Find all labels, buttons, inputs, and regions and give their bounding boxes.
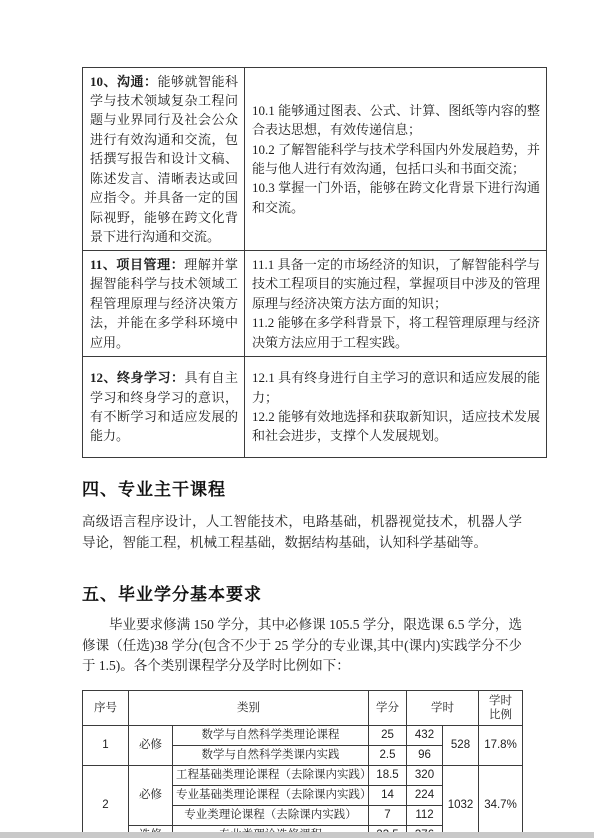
header-hours: 学时 <box>407 690 479 725</box>
main-courses-text: 高级语言程序设计，人工智能技术，电路基础，机器视觉技术，机器人学导论，智能工程，… <box>82 512 522 553</box>
header-hours-ratio-line2: 比例 <box>482 708 519 722</box>
outcome-indicator: 12.2 能够有效地选择和获取新知识，适应技术发展和社会进步，支撑个人发展规划。 <box>252 407 540 446</box>
course-category-name: 专业类理论课程（去除课内实践） <box>173 805 369 825</box>
course-credits: 14 <box>369 785 407 805</box>
outcome-indicator: 11.2 能够在多学科背景下，将工程管理原理与经济决策方法应用于工程实践。 <box>252 313 540 352</box>
header-category: 类别 <box>129 690 369 725</box>
group1-type: 必修 <box>129 725 173 765</box>
course-credits: 2.5 <box>369 745 407 765</box>
page-bottom-edge <box>0 832 594 838</box>
credits-header-row: 序号 类别 学分 学时 学时 比例 <box>83 690 523 725</box>
course-credits: 18.5 <box>369 765 407 785</box>
header-credits: 学分 <box>369 690 407 725</box>
section-heading-credit-requirements: 五、毕业学分基本要求 <box>82 580 522 605</box>
course-credits: 7 <box>369 805 407 825</box>
section-heading-main-courses: 四、专业主干课程 <box>82 475 522 500</box>
outcome-row-11: 11、项目管理：理解并掌握智能科学与技术领域工程管理原理与经济决策方法，并能在多… <box>83 251 547 357</box>
course-category-name: 数学与自然科学类课内实践 <box>173 745 369 765</box>
header-hours-ratio-line1: 学时 <box>482 694 519 708</box>
outcome-row-12: 12、终身学习：具有自主学习和终身学习的意识，有不断学习和适应发展的能力。 12… <box>83 357 547 458</box>
course-category-name: 数学与自然科学类理论课程 <box>173 725 369 745</box>
group2-no: 2 <box>83 765 129 838</box>
header-no: 序号 <box>83 690 129 725</box>
outcome-10-description-cell: 10、沟通：能够就智能科学与技术领域复杂工程问题与业界同行及社会公众进行有效沟通… <box>83 68 245 251</box>
document-page: { "outcomes_table": { "rows": [ { "label… <box>0 0 594 838</box>
credits-row: 1 必修 数学与自然科学类理论课程 25 432 528 17.8% <box>83 725 523 745</box>
course-hours: 432 <box>407 725 443 745</box>
outcome-row-10: 10、沟通：能够就智能科学与技术领域复杂工程问题与业界同行及社会公众进行有效沟通… <box>83 68 547 251</box>
credits-row: 2 必修 工程基础类理论课程（去除课内实践） 18.5 320 1032 34.… <box>83 765 523 785</box>
group2-type-required: 必修 <box>129 765 173 825</box>
course-credits: 25 <box>369 725 407 745</box>
outcome-12-description-cell: 12、终身学习：具有自主学习和终身学习的意识，有不断学习和适应发展的能力。 <box>83 357 245 458</box>
outcome-12-label: 12、终身学习： <box>90 370 184 385</box>
group2-hours-ratio: 34.7% <box>479 765 523 838</box>
course-category-name: 专业基础类理论课程（去除课内实践） <box>173 785 369 805</box>
outcome-10-indicators-cell: 10.1 能够通过图表、公式、计算、图纸等内容的整合表达思想，有效传递信息； 1… <box>245 68 547 251</box>
course-hours: 320 <box>407 765 443 785</box>
outcome-10-label: 10、沟通： <box>90 74 158 89</box>
outcome-11-description-cell: 11、项目管理：理解并掌握智能科学与技术领域工程管理原理与经济决策方法，并能在多… <box>83 251 245 357</box>
outcome-indicator: 12.1 具有终身进行自主学习的意识和适应发展的能力； <box>252 368 540 407</box>
page-content: 10、沟通：能够就智能科学与技术领域复杂工程问题与业界同行及社会公众进行有效沟通… <box>82 67 522 838</box>
course-hours: 112 <box>407 805 443 825</box>
group1-hours-ratio: 17.8% <box>479 725 523 765</box>
outcome-indicator: 10.2 了解智能科学与技术学科国内外发展趋势，并能与他人进行有效沟通，包括口头… <box>252 140 540 179</box>
outcome-indicator: 11.1 具备一定的市场经济的知识，了解智能科学与技术工程项目的实施过程，掌握项… <box>252 255 540 313</box>
credits-table: 序号 类别 学分 学时 学时 比例 1 必修 数学与自然科学类理论课程 25 4… <box>82 690 523 838</box>
header-hours-ratio: 学时 比例 <box>479 690 523 725</box>
outcome-11-label: 11、项目管理： <box>90 257 184 272</box>
outcome-12-indicators-cell: 12.1 具有终身进行自主学习的意识和适应发展的能力； 12.2 能够有效地选择… <box>245 357 547 458</box>
group2-hours-subtotal: 1032 <box>443 765 479 838</box>
course-category-name: 工程基础类理论课程（去除课内实践） <box>173 765 369 785</box>
credit-requirements-text: 毕业要求修满 150 学分，其中必修课 105.5 学分，限选课 6.5 学分，… <box>82 615 522 677</box>
outcome-indicator: 10.3 掌握一门外语，能够在跨文化背景下进行沟通和交流。 <box>252 178 540 217</box>
outcomes-table: 10、沟通：能够就智能科学与技术领域复杂工程问题与业界同行及社会公众进行有效沟通… <box>82 67 547 458</box>
course-hours: 96 <box>407 745 443 765</box>
group1-no: 1 <box>83 725 129 765</box>
group1-hours-subtotal: 528 <box>443 725 479 765</box>
course-hours: 224 <box>407 785 443 805</box>
outcome-10-description: 能够就智能科学与技术领域复杂工程问题与业界同行及社会公众进行有效沟通和交流，包括… <box>90 74 238 244</box>
outcome-11-indicators-cell: 11.1 具备一定的市场经济的知识，了解智能科学与技术工程项目的实施过程，掌握项… <box>245 251 547 357</box>
outcome-indicator: 10.1 能够通过图表、公式、计算、图纸等内容的整合表达思想，有效传递信息； <box>252 101 540 140</box>
